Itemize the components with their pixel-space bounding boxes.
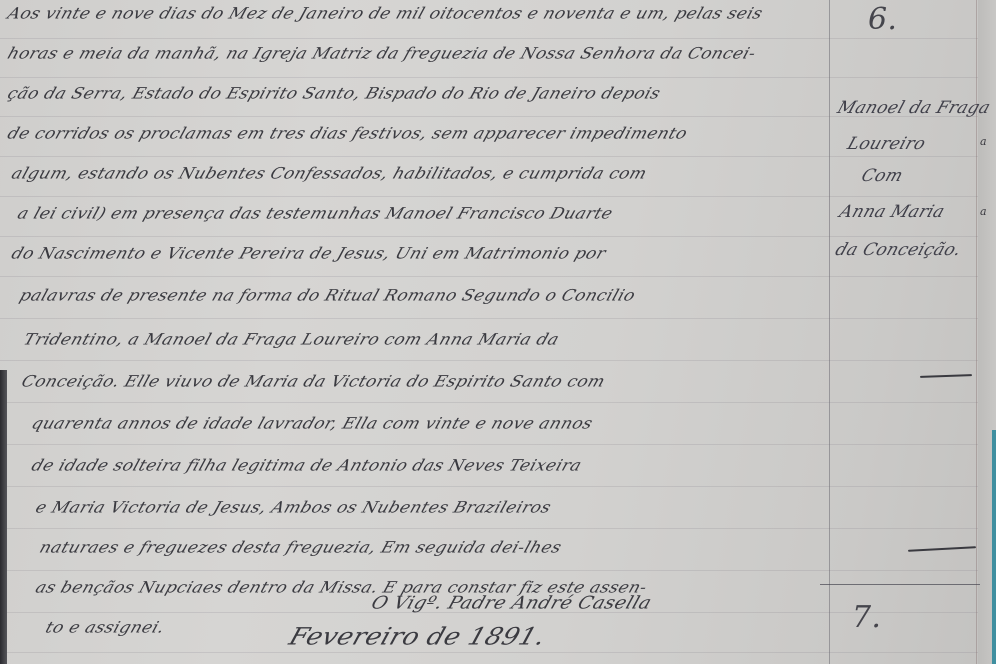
body-line: Conceição. Elle viuvo de Maria da Victor… <box>19 373 607 391</box>
ruled-line <box>0 528 996 529</box>
margin-bride-name: Anna Maria <box>837 202 947 222</box>
margin-conjunction: Com <box>859 166 906 186</box>
month-heading: Fevereiro de 1891. <box>286 623 550 651</box>
body-line: palavras de presente na forma do Ritual … <box>17 287 638 305</box>
priest-signature: O Vigº. Padre André Casella <box>369 593 655 613</box>
body-line: do Nascimento e Vicente Pereira de Jesus… <box>9 245 608 263</box>
ruled-line <box>0 156 996 157</box>
entry-number: 7. <box>852 600 881 635</box>
entry-number: 6. <box>868 2 897 37</box>
ruled-line <box>0 276 996 277</box>
ruled-line <box>0 236 996 237</box>
body-line: to e assignei. <box>43 619 167 637</box>
margin-mark: a <box>980 205 987 218</box>
background-edge <box>992 430 996 664</box>
body-line: Aos vinte e nove dias do Mez de Janeiro … <box>5 5 765 23</box>
line-filler-dash <box>920 374 972 378</box>
ruled-line <box>0 570 996 571</box>
ruled-line <box>0 402 996 403</box>
margin-mark: a <box>980 135 987 148</box>
margin-groom-name: Manoel da Fraga <box>835 98 993 118</box>
ruled-line <box>0 486 996 487</box>
body-line: horas e meia da manhã, na Igreja Matriz … <box>5 45 758 63</box>
margin-bride-surname: da Conceição. <box>833 240 964 260</box>
body-line: Tridentino, a Manoel da Fraga Loureiro c… <box>21 331 561 349</box>
body-line: ção da Serra, Estado do Espirito Santo, … <box>5 85 663 103</box>
ruled-line <box>0 77 996 78</box>
body-line: e Maria Victoria de Jesus, Ambos os Nube… <box>33 499 553 517</box>
register-page: 6. Manoel da Fraga Loureiro Com Anna Mar… <box>0 0 996 664</box>
ruled-line <box>0 360 996 361</box>
ruled-line <box>0 318 996 319</box>
entry-separator <box>820 584 980 585</box>
line-filler-dash <box>908 546 976 552</box>
ruled-line <box>0 38 996 39</box>
margin-groom-surname: Loureiro <box>845 134 928 154</box>
body-line: de corridos os proclamas em tres dias fe… <box>5 125 690 143</box>
margin-divider <box>829 0 830 664</box>
body-line: de idade solteira filha legitima de Anto… <box>29 457 584 475</box>
body-line: naturaes e freguezes desta freguezia, Em… <box>37 539 564 557</box>
body-line: a lei civil) em presença das testemunhas… <box>15 205 615 223</box>
body-line: algum, estando os Nubentes Confessados, … <box>9 165 649 183</box>
book-binding-shadow <box>0 370 7 664</box>
ruled-line <box>0 444 996 445</box>
ruled-line <box>0 652 996 653</box>
body-line: quarenta annos de idade lavrador, Ella c… <box>29 415 595 433</box>
ruled-line <box>0 196 996 197</box>
